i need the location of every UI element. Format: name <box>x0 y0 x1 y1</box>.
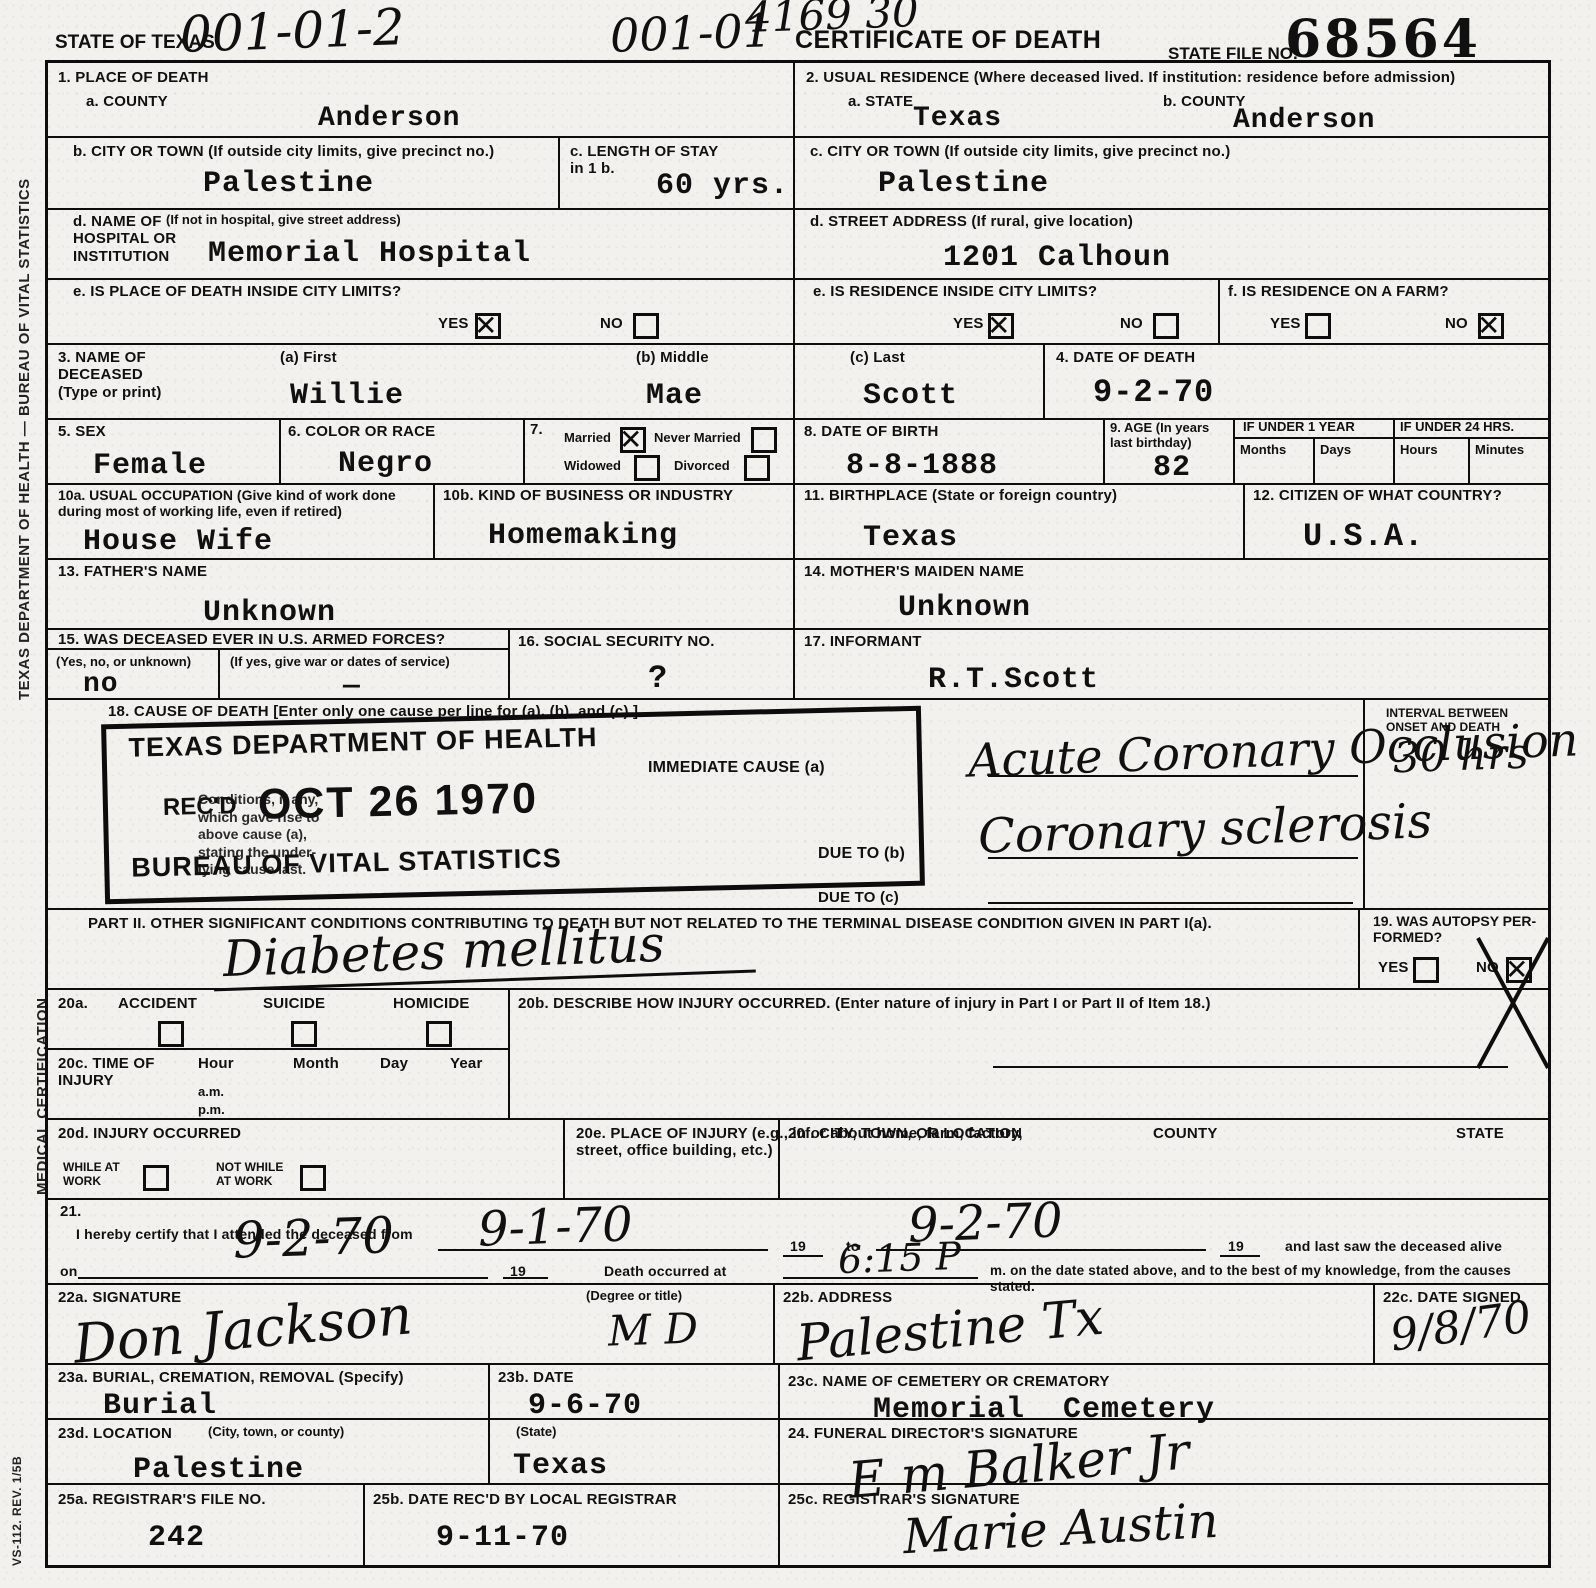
cemetery-value: Memorial Cemetery <box>873 1395 1215 1425</box>
divorced-checkbox <box>744 455 770 481</box>
residence-label: 2. USUAL RESIDENCE (Where deceased lived… <box>806 69 1455 86</box>
grid-line <box>48 1483 1548 1485</box>
grid-line <box>48 278 1548 280</box>
citizen-label: 12. CITIZEN OF WHAT COUNTRY? <box>1253 487 1502 504</box>
age-label: 9. AGE (In years last birthday) <box>1110 421 1209 451</box>
business-value: Homemaking <box>488 521 678 551</box>
year-19-a: 19 <box>790 1238 806 1254</box>
pod-limits-yes-label: YES <box>438 315 469 332</box>
grid-line <box>48 1418 1548 1420</box>
grid-line <box>508 988 510 1118</box>
pod-city-value: Palestine <box>203 169 374 199</box>
length-of-stay-value: 60 yrs. <box>656 171 789 201</box>
immediate-cause-label: IMMEDIATE CAUSE (a) <box>648 759 825 777</box>
burial-label: 23a. BURIAL, CREMATION, REMOVAL (Specify… <box>58 1369 404 1386</box>
certificate-form-grid: 1. PLACE OF DEATH a. COUNTY Anderson 2. … <box>45 60 1551 1568</box>
injury-county-label: COUNTY <box>1153 1125 1218 1142</box>
location-city-value: Palestine <box>133 1455 304 1485</box>
signature-label: 22a. SIGNATURE <box>58 1289 181 1306</box>
pod-county-value: Anderson <box>318 105 460 133</box>
grid-line <box>778 1118 780 1198</box>
location-label: 23d. LOCATION <box>58 1425 172 1442</box>
res-county-value: Anderson <box>1233 107 1375 135</box>
degree-value: M D <box>607 1307 698 1352</box>
grid-line <box>48 136 1548 138</box>
grid-line <box>48 1118 1548 1120</box>
grid-line <box>773 1283 775 1363</box>
mother-name-value: Unknown <box>898 593 1031 623</box>
race-value: Negro <box>338 449 433 479</box>
farm-no-checkbox <box>1478 313 1504 339</box>
business-label: 10b. KIND OF BUSINESS OR INDUSTRY <box>443 487 733 504</box>
handwritten-top-number: 4169 30 <box>744 0 919 39</box>
grid-line <box>218 648 220 698</box>
stamp-dept-line: TEXAS DEPARTMENT OF HEALTH <box>128 724 597 762</box>
burial-value: Burial <box>103 1391 217 1421</box>
grid-line <box>433 483 435 558</box>
citizen-value: U.S.A. <box>1303 521 1424 553</box>
street-address-value: 1201 Calhoun <box>943 243 1171 273</box>
grid-line <box>48 208 1548 210</box>
informant-value: R.T.Scott <box>928 665 1099 695</box>
grid-line <box>1243 483 1245 558</box>
age-value: 82 <box>1153 453 1191 483</box>
hour-label: Hour <box>198 1055 234 1072</box>
margin-form-number: VS-112. REV. 1/5B <box>10 1456 24 1566</box>
res-limits-no-label: NO <box>1120 315 1143 332</box>
pod-limits-no-checkbox <box>633 313 659 339</box>
burial-date-label: 23b. DATE <box>498 1369 574 1386</box>
due-to-b-value: Coronary sclerosis <box>977 797 1432 861</box>
grid-line <box>1358 908 1360 988</box>
grid-line <box>993 1066 1508 1068</box>
suicide-checkbox <box>291 1021 317 1047</box>
stamp-bureau-line: BUREAU OF VITAL STATISTICS <box>131 845 562 882</box>
date-recd-value: 9-11-70 <box>436 1523 569 1553</box>
pod-limits-no-label: NO <box>600 315 623 332</box>
armed-forces-label: 15. WAS DECEASED EVER IN U.S. ARMED FORC… <box>58 631 445 648</box>
attended-from-date: 9-1-70 <box>477 1200 633 1253</box>
first-name-label: (a) First <box>280 349 337 366</box>
grid-line <box>279 418 281 483</box>
suicide-label: SUICIDE <box>263 995 325 1012</box>
if-under-24-hrs-label: IF UNDER 24 HRS. <box>1400 420 1514 435</box>
informant-label: 17. INFORMANT <box>804 633 922 650</box>
stamp-recd-label: REC'D <box>163 794 237 820</box>
grid-line <box>503 1277 548 1279</box>
year-19-b: 19 <box>1228 1238 1244 1254</box>
not-while-at-work-checkbox <box>300 1165 326 1191</box>
on-label: on <box>60 1263 78 1279</box>
farm-label: f. IS RESIDENCE ON A FARM? <box>1228 283 1449 300</box>
grid-line <box>363 1483 365 1565</box>
place-of-death-label: 1. PLACE OF DEATH <box>58 69 209 86</box>
death-certificate-scan: TEXAS DEPARTMENT OF HEALTH — BUREAU OF V… <box>0 0 1596 1588</box>
grid-line <box>1313 437 1315 483</box>
item-20a-label: 20a. <box>58 995 88 1012</box>
hours-label: Hours <box>1400 443 1438 458</box>
registrar-signature: Marie Austin <box>902 1497 1220 1561</box>
farm-no-label: NO <box>1445 315 1468 332</box>
grid-line <box>48 1048 508 1050</box>
middle-name-value: Mae <box>646 381 703 411</box>
grid-line <box>1393 418 1395 483</box>
certify-text-2: and last saw the deceased alive <box>1285 1238 1502 1254</box>
location-sub2-label: (State) <box>516 1425 556 1440</box>
address-label: 22b. ADDRESS <box>783 1289 892 1306</box>
middle-name-label: (b) Middle <box>636 349 709 366</box>
registrar-file-label: 25a. REGISTRAR'S FILE NO. <box>58 1491 266 1508</box>
grid-line <box>783 1255 823 1257</box>
last-name-value: Scott <box>863 381 958 411</box>
res-state-label: a. STATE <box>848 93 913 110</box>
item-21-label: 21. <box>60 1203 81 1220</box>
location-state-value: Texas <box>513 1451 608 1481</box>
am-label: a.m. <box>198 1085 224 1100</box>
grid-line <box>78 1277 488 1279</box>
injury-occurred-label: 20d. INJURY OCCURRED <box>58 1125 241 1142</box>
autopsy-yes-checkbox <box>1413 957 1439 983</box>
if-under-1-year-label: IF UNDER 1 YEAR <box>1243 420 1355 435</box>
accident-checkbox <box>158 1021 184 1047</box>
date-of-death-label: 4. DATE OF DEATH <box>1056 349 1195 366</box>
grid-line <box>48 343 1548 345</box>
time-of-injury-label: 20c. TIME OF INJURY <box>58 1055 155 1090</box>
armed-forces-sub1-label: (Yes, no, or unknown) <box>56 655 191 670</box>
never-married-label: Never Married <box>654 431 741 446</box>
ssn-label: 16. SOCIAL SECURITY NO. <box>518 633 715 650</box>
occupation-label: 10a. USUAL OCCUPATION (Give kind of work… <box>58 487 396 519</box>
mother-name-label: 14. MOTHER'S MAIDEN NAME <box>804 563 1024 580</box>
father-name-value: Unknown <box>203 598 336 628</box>
death-occurred-label: Death occurred at <box>604 1263 726 1279</box>
grid-line <box>1103 418 1105 483</box>
autopsy-yes-label: YES <box>1378 959 1409 976</box>
grid-line <box>523 418 525 483</box>
months-label: Months <box>1240 443 1286 458</box>
grid-line <box>48 1198 1548 1200</box>
date-recd-label: 25b. DATE REC'D BY LOCAL REGISTRAR <box>373 1491 677 1508</box>
margin-department-text: TEXAS DEPARTMENT OF HEALTH — BUREAU OF V… <box>16 178 33 700</box>
pod-city-label: b. CITY OR TOWN (If outside city limits,… <box>73 143 494 160</box>
grid-line <box>988 902 1353 904</box>
ssn-value: ? <box>648 663 668 695</box>
grid-line <box>783 1277 978 1279</box>
grid-line <box>48 648 508 650</box>
father-name-label: 13. FATHER'S NAME <box>58 563 207 580</box>
grid-line <box>48 908 1548 910</box>
grid-line <box>48 558 1548 560</box>
day-label: Day <box>380 1055 408 1072</box>
part2-value: Diabetes mellitus <box>212 916 755 992</box>
married-checkbox <box>620 427 646 453</box>
res-city-label: c. CITY OR TOWN (If outside city limits,… <box>810 143 1230 160</box>
res-limits-label: e. IS RESIDENCE INSIDE CITY LIMITS? <box>813 283 1097 300</box>
burial-date-value: 9-6-70 <box>528 1391 642 1421</box>
not-while-at-work-label: NOT WHILE AT WORK <box>216 1161 283 1189</box>
grid-line <box>48 483 1548 485</box>
degree-title-label: (Degree or title) <box>586 1289 682 1304</box>
date-of-death-value: 9-2-70 <box>1093 377 1214 409</box>
birthplace-label: 11. BIRTHPLACE (State or foreign country… <box>804 487 1117 504</box>
date-of-birth-label: 8. DATE OF BIRTH <box>804 423 939 440</box>
occupation-value: House Wife <box>83 527 273 557</box>
grid-line <box>488 1363 490 1483</box>
never-married-checkbox <box>751 427 777 453</box>
grid-line <box>1220 1255 1260 1257</box>
autopsy-no-mark <box>1468 928 1558 1078</box>
armed-forces-sub2-label: (If yes, give war or dates of service) <box>230 655 450 670</box>
location-sub1-label: (City, town, or county) <box>208 1425 344 1440</box>
due-to-b-label: DUE TO (b) <box>818 845 905 863</box>
sex-value: Female <box>93 451 207 481</box>
grid-line <box>1373 1283 1375 1363</box>
grid-line <box>778 1363 780 1565</box>
grid-line <box>48 1283 1548 1285</box>
year-label: Year <box>450 1055 483 1072</box>
grid-line <box>48 1363 1548 1365</box>
armed-forces-value: no <box>83 671 119 699</box>
grid-line <box>876 1249 1206 1251</box>
registrar-file-value: 242 <box>148 1523 205 1553</box>
pod-limits-label: e. IS PLACE OF DEATH INSIDE CITY LIMITS? <box>73 283 401 300</box>
stamp-date: OCT 26 1970 <box>257 777 538 826</box>
handwritten-code-1: 001-01-2 <box>179 2 405 60</box>
while-at-work-label: WHILE AT WORK <box>63 1161 120 1189</box>
homicide-checkbox <box>426 1021 452 1047</box>
grid-line <box>558 136 560 208</box>
month-label: Month <box>293 1055 339 1072</box>
grid-line <box>48 628 1548 630</box>
cemetery-label: 23c. NAME OF CEMETERY OR CREMATORY <box>788 1373 1110 1390</box>
widowed-checkbox <box>634 455 660 481</box>
accident-label: ACCIDENT <box>118 995 197 1012</box>
state-file-number: 68564 <box>1285 14 1481 66</box>
farm-yes-label: YES <box>1270 315 1301 332</box>
grid-line <box>508 628 510 698</box>
widowed-label: Widowed <box>564 459 621 474</box>
death-time-value: 6:15 P <box>837 1237 961 1279</box>
res-city-value: Palestine <box>878 169 1049 199</box>
grid-line <box>438 1249 768 1251</box>
pod-county-label: a. COUNTY <box>86 93 168 110</box>
marital-label: 7. <box>530 421 543 438</box>
grid-line <box>48 988 1548 990</box>
last-seen-date: 9-2-70 <box>232 1210 395 1266</box>
while-at-work-checkbox <box>143 1165 169 1191</box>
name-of-deceased-label: 3. NAME OF DECEASED (Type or print) <box>58 349 162 401</box>
res-limits-yes-label: YES <box>953 315 984 332</box>
hospital-label: d. NAME OF HOSPITAL OR INSTITUTION <box>73 213 176 265</box>
first-name-value: Willie <box>290 381 404 411</box>
sex-label: 5. SEX <box>58 423 106 440</box>
res-limits-no-checkbox <box>1153 313 1179 339</box>
grid-line <box>48 418 1548 420</box>
item-20b-label: 20b. DESCRIBE HOW INJURY OCCURRED. (Ente… <box>518 995 1528 1012</box>
race-label: 6. COLOR OR RACE <box>288 423 435 440</box>
grid-line <box>793 63 795 698</box>
grid-line <box>48 698 1548 700</box>
pod-limits-yes-checkbox <box>475 313 501 339</box>
divorced-label: Divorced <box>674 459 730 474</box>
birthplace-value: Texas <box>863 523 958 553</box>
street-address-label: d. STREET ADDRESS (If rural, give locati… <box>810 213 1133 230</box>
grid-line <box>563 1118 565 1198</box>
received-stamp: TEXAS DEPARTMENT OF HEALTH REC'D OCT 26 … <box>101 706 925 905</box>
hospital-value: Memorial Hospital <box>208 239 531 269</box>
homicide-label: HOMICIDE <box>393 995 470 1012</box>
grid-line <box>1043 343 1045 418</box>
due-to-c-label: DUE TO (c) <box>818 889 899 906</box>
res-limits-yes-checkbox <box>988 313 1014 339</box>
farm-yes-checkbox <box>1305 313 1331 339</box>
last-name-label: (c) Last <box>850 349 905 366</box>
res-state-value: Texas <box>913 105 1002 133</box>
grid-line <box>1468 437 1470 483</box>
hospital-paren-label: (If not in hospital, give street address… <box>166 213 401 228</box>
pm-label: p.m. <box>198 1103 225 1118</box>
married-label: Married <box>564 431 611 446</box>
days-label: Days <box>1320 443 1351 458</box>
grid-line <box>1233 418 1235 483</box>
injury-city-label: 20f. CITY, TOWN, OR LOCATION <box>788 1125 1022 1142</box>
minutes-label: Minutes <box>1475 443 1524 458</box>
armed-forces-service-value: — <box>343 673 361 701</box>
grid-line <box>1218 278 1220 343</box>
date-of-birth-value: 8-8-1888 <box>846 451 998 481</box>
grid-line <box>1233 437 1548 439</box>
injury-state-label: STATE <box>1456 1125 1504 1142</box>
